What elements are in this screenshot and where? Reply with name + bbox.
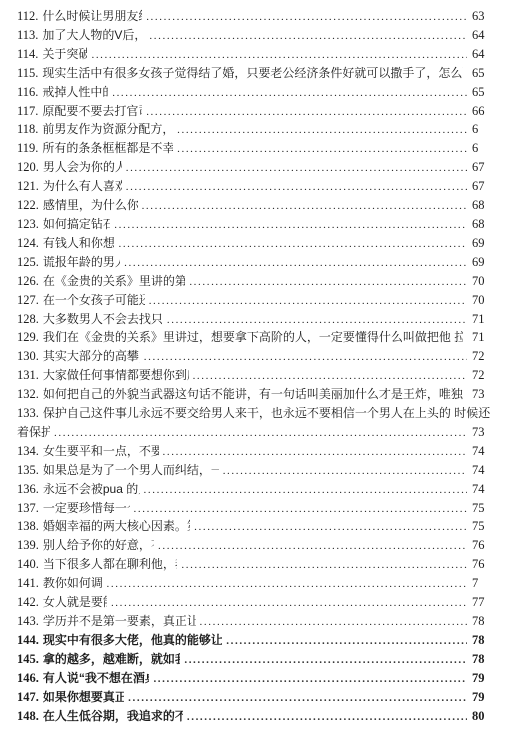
leader-dots xyxy=(144,480,467,499)
leader-dots xyxy=(163,442,467,461)
toc-entry[interactable]: 130.其实大部分的高攀，都是一种假象72 xyxy=(17,347,490,366)
leader-dots xyxy=(194,517,467,536)
toc-entry[interactable]: 127.在一个女孩子可能还年轻貌美的时候70 xyxy=(17,291,490,310)
entry-title: 拿的越多，越难断，就如我们经常提及到的“沉没成本”! xyxy=(43,650,180,669)
entry-number: 141. xyxy=(17,574,39,593)
entry-title: 原配要不要去打官司，把米要回来? xyxy=(42,102,142,121)
leader-dots xyxy=(184,650,467,669)
entry-title: 教你如何调教男人! xyxy=(43,574,103,593)
toc-entry[interactable]: 113.加了大人物的V后，下一步如何链接?64 xyxy=(17,26,490,45)
entry-number: 126. xyxy=(17,272,39,291)
entry-page-number: 78 xyxy=(472,612,490,631)
entry-number: 139. xyxy=(17,536,39,555)
entry-page-number: 68 xyxy=(472,196,490,215)
leader-dots xyxy=(158,536,467,555)
entry-page-number: 76 xyxy=(472,555,490,574)
leader-dots xyxy=(187,707,467,726)
entry-title: 其实大部分的高攀，都是一种假象 xyxy=(43,347,140,366)
entry-page-number: 68 xyxy=(472,215,490,234)
toc-entry[interactable]: 148.在人生低谷期，我追求的不是沉溺，我追求的一定是翻盘80 xyxy=(17,707,490,726)
entry-number: 143. xyxy=(17,612,39,631)
leader-dots xyxy=(112,83,467,102)
toc-entry[interactable]: 123.如何搞定钻石王老五?68 xyxy=(17,215,490,234)
entry-title: 在一个女孩子可能还年轻貌美的时候 xyxy=(43,291,145,310)
entry-page-number: 73 xyxy=(472,385,490,404)
toc-entry[interactable]: 131.大家做任何事情都要想你到底从这件事情里面能带给你什么?72 xyxy=(17,366,490,385)
toc-entry[interactable]: 143.学历并不是第一要素，真正让你去国外能够有巨大收获的是什么?78 xyxy=(17,612,490,631)
entry-page-number: 67 xyxy=(472,177,490,196)
leader-dots xyxy=(223,461,467,480)
toc-entry[interactable]: 145.拿的越多，越难断，就如我们经常提及到的“沉没成本”!78 xyxy=(17,650,490,669)
entry-page-number: 78 xyxy=(472,631,490,650)
leader-dots xyxy=(193,366,467,385)
toc-entry[interactable]: 137.一定要珍惜每一个对你好的人75 xyxy=(17,499,490,518)
toc-entry[interactable]: 144.现实中有很多大佬，他真的能够让你获得什么、给到你什么、一定是本身就很 尊… xyxy=(17,631,490,650)
entry-title: 什么时候让男朋友给你花米最合适? xyxy=(42,7,142,26)
leader-dots xyxy=(142,196,467,215)
toc-entry[interactable]: 124.有钱人和你想的不一样!69 xyxy=(17,234,490,253)
toc-entry[interactable]: 128.大多数男人不会去找只长年龄不长智慧的女人71 xyxy=(17,310,490,329)
entry-page-number: 71 xyxy=(472,328,490,347)
toc-entry[interactable]: 112.什么时候让男朋友给你花米最合适?63 xyxy=(17,7,490,26)
toc-entry[interactable]: 142.女人就是要能屈能伸77 xyxy=(17,593,490,612)
toc-entry[interactable]: 115.现实生活中有很多女孩子觉得结了婚，只要老公经济条件好就可以撒手了，怎么可… xyxy=(17,64,490,83)
entry-number: 138. xyxy=(17,517,39,536)
entry-page-number: 79 xyxy=(472,669,490,688)
entry-number: 119. xyxy=(17,139,38,158)
entry-title: 保护自己这件事儿永远不要交给男人来干，也永远不要相信一个男人在上头的 时候还会想 xyxy=(43,404,490,423)
leader-dots xyxy=(153,669,467,688)
toc-entry[interactable]: 132.如何把自己的外貌当武器这句话不能讲，有一句话叫美丽加什么才是王炸，唯独不… xyxy=(17,385,490,404)
entry-page-number: 65 xyxy=(472,64,490,83)
entry-number: 124. xyxy=(17,234,39,253)
entry-number: 125. xyxy=(17,253,39,272)
entry-number: 133. xyxy=(17,404,39,423)
entry-number: 130. xyxy=(17,347,39,366)
entry-page-number: 75 xyxy=(472,499,490,518)
entry-page-number: 63 xyxy=(472,7,490,26)
leader-dots xyxy=(149,291,467,310)
entry-number: 123. xyxy=(17,215,39,234)
entry-page-number: 71 xyxy=(472,310,490,329)
entry-number: 129. xyxy=(17,328,39,347)
entry-page-number: 69 xyxy=(472,234,490,253)
entry-title: 关于突破圈层 xyxy=(42,45,87,64)
leader-dots xyxy=(107,574,467,593)
entry-title: 有钱人和你想的不一样! xyxy=(43,234,115,253)
entry-title: 现实中有很多大佬，他真的能够让你获得什么、给到你什么、一定是本身就很 尊重你 xyxy=(43,631,222,650)
toc-entry[interactable]: 147.如果你想要真正的向上社交79 xyxy=(17,688,490,707)
leader-dots xyxy=(189,272,467,291)
entry-number: 121. xyxy=(17,177,39,196)
entry-page-number: 76 xyxy=(472,536,490,555)
leader-dots xyxy=(167,310,467,329)
toc-entry[interactable]: 116.戒掉人性中的贪嗔痴!65 xyxy=(17,83,490,102)
entry-number: 118. xyxy=(17,120,38,139)
entry-title: 我们在《金贵的关系》里讲过，想要拿下高阶的人，一定要懂得什么叫做把他 拉下神坛 xyxy=(43,328,463,347)
entry-number: 114. xyxy=(17,45,38,64)
entry-page-number: 78 xyxy=(472,650,490,669)
entry-page-number: 75 xyxy=(472,517,490,536)
leader-dots xyxy=(177,120,467,139)
entry-page-number: 65 xyxy=(472,83,490,102)
entry-number: 116. xyxy=(17,83,38,102)
entry-title: 如何把自己的外貌当武器这句话不能讲，有一句话叫美丽加什么才是王炸，唯独不能单出 xyxy=(43,385,463,404)
leader-dots xyxy=(111,593,467,612)
entry-number: 134. xyxy=(17,442,39,461)
leader-dots xyxy=(126,177,467,196)
entry-title: 男人会为你的人设买单么? xyxy=(43,158,122,177)
toc-entry[interactable]: 114.关于突破圈层64 xyxy=(17,45,490,64)
leader-dots xyxy=(226,631,467,650)
entry-title: 有人说“我不想在酒桌上面变成一盘菜” xyxy=(43,669,150,688)
entry-number: 122. xyxy=(17,196,39,215)
entry-page-number: 69 xyxy=(472,253,490,272)
leader-dots xyxy=(181,555,467,574)
entry-page-number: 70 xyxy=(472,272,490,291)
entry-title: 一定要珍惜每一个对你好的人 xyxy=(43,499,130,518)
leader-dots xyxy=(149,26,467,45)
entry-page-number: 73 xyxy=(472,423,490,442)
toc-entry[interactable]: 122.感情里，为什么你总是把握不住?68 xyxy=(17,196,490,215)
entry-title: 谎报年龄的男人，不能处! xyxy=(43,253,120,272)
toc-entry[interactable]: 119.所有的条条框框都是不幸福的创造的，你们觉得呢?6 xyxy=(17,139,490,158)
entry-number: 145. xyxy=(17,650,39,669)
entry-title: 女人就是要能屈能伸 xyxy=(43,593,107,612)
entry-number: 112. xyxy=(17,7,38,26)
entry-number: 135. xyxy=(17,461,39,480)
entry-number: 136. xyxy=(17,480,39,499)
entry-title: 在人生低谷期，我追求的不是沉溺，我追求的一定是翻盘 xyxy=(43,707,183,726)
entry-number: 144. xyxy=(17,631,39,650)
toc-entry[interactable]: 146.有人说“我不想在酒桌上面变成一盘菜”79 xyxy=(17,669,490,688)
entry-number: 142. xyxy=(17,593,39,612)
entry-title: 大家做任何事情都要想你到底从这件事情里面能带给你什么? xyxy=(43,366,189,385)
toc-entry[interactable]: 129.我们在《金贵的关系》里讲过，想要拿下高阶的人，一定要懂得什么叫做把他 拉… xyxy=(17,328,490,347)
entry-page-number: 70 xyxy=(472,291,490,310)
entry-number: 132. xyxy=(17,385,39,404)
entry-title: 当下很多人都在聊利他，我一直以来的观点是什么呢? xyxy=(43,555,178,574)
entry-number: 115. xyxy=(17,64,38,83)
entry-page-number: 72 xyxy=(472,366,490,385)
toc-entry[interactable]: 125.谎报年龄的男人，不能处!69 xyxy=(17,253,490,272)
toc-entry[interactable]: 140.当下很多人都在聊利他，我一直以来的观点是什么呢?76 xyxy=(17,555,490,574)
entry-page-number: 74 xyxy=(472,461,490,480)
toc-entry[interactable]: 117.原配要不要去打官司，把米要回来?66 xyxy=(17,102,490,121)
entry-number: 147. xyxy=(17,688,39,707)
toc-list: 112.什么时候让男朋友给你花米最合适?63113.加了大人物的V后，下一步如何… xyxy=(17,7,490,725)
leader-dots xyxy=(146,7,467,26)
entry-page-number: 6 xyxy=(472,139,490,158)
entry-number: 113. xyxy=(17,26,38,45)
leader-dots xyxy=(91,45,467,64)
entry-number: 137. xyxy=(17,499,39,518)
toc-entry[interactable]: 133.保护自己这件事儿永远不要交给男人来干，也永远不要相信一个男人在上头的 时… xyxy=(17,404,490,423)
leader-dots xyxy=(200,612,467,631)
entry-page-number: 64 xyxy=(472,45,490,64)
entry-number: 120. xyxy=(17,158,39,177)
leader-dots xyxy=(54,423,467,442)
entry-number: 148. xyxy=(17,707,39,726)
entry-title: 在《金贵的关系》里讲的第一节课就叫“关系的本质是交换” xyxy=(43,272,185,291)
entry-number: 128. xyxy=(17,310,39,329)
toc-entry[interactable]: 139.别人给予你的好意，不要急着去退给人家76 xyxy=(17,536,490,555)
leader-dots xyxy=(118,234,467,253)
entry-title: 永远不会被pua 的人只有一个宗旨 xyxy=(43,480,140,499)
entry-page-number: 6 xyxy=(472,120,490,139)
entry-title: 如何搞定钻石王老五? xyxy=(43,215,110,234)
toc-entry[interactable]: 126.在《金贵的关系》里讲的第一节课就叫“关系的本质是交换”70 xyxy=(17,272,490,291)
entry-title: 女生要平和一点，不要把你的强势写在脸上 xyxy=(43,442,159,461)
leader-dots xyxy=(124,253,467,272)
entry-page-number: 66 xyxy=(472,102,490,121)
toc-page: 112.什么时候让男朋友给你花米最合适?63113.加了大人物的V后，下一步如何… xyxy=(0,0,525,749)
toc-entry[interactable]: 118.前男友作为资源分配方，在感情中为难你，怎么办?6 xyxy=(17,120,490,139)
toc-entry[interactable]: 135.如果总是为了一个男人而纠结，一旦开始这样思维，你就已经是低价值，低自尊了… xyxy=(17,461,490,480)
leader-dots xyxy=(114,215,467,234)
toc-entry[interactable]: 134.女生要平和一点，不要把你的强势写在脸上74 xyxy=(17,442,490,461)
toc-entry[interactable]: 136.永远不会被pua 的人只有一个宗旨74 xyxy=(17,480,490,499)
entry-page-number: 80 xyxy=(472,707,490,726)
toc-entry-continuation[interactable]: 着保护你73 xyxy=(17,423,490,442)
entry-title: 为什么有人喜欢包装自己? xyxy=(43,177,122,196)
toc-entry[interactable]: 121.为什么有人喜欢包装自己?67 xyxy=(17,177,490,196)
leader-dots xyxy=(128,688,467,707)
leader-dots xyxy=(134,499,467,518)
entry-page-number: 77 xyxy=(472,593,490,612)
entry-page-number: 64 xyxy=(472,26,490,45)
entry-title: 学历并不是第一要素，真正让你去国外能够有巨大收获的是什么? xyxy=(43,612,196,631)
entry-number: 146. xyxy=(17,669,39,688)
entry-title: 如果总是为了一个男人而纠结，一旦开始这样思维，你就已经是低价值，低自尊了 xyxy=(43,461,219,480)
entry-page-number: 74 xyxy=(472,442,490,461)
toc-entry[interactable]: 138.婚姻幸福的两大核心因素。第一是财政大权，第二是亲职投入75 xyxy=(17,517,490,536)
entry-title: 着保护你 xyxy=(17,423,50,442)
toc-entry[interactable]: 120.男人会为你的人设买单么?67 xyxy=(17,158,490,177)
entry-number: 117. xyxy=(17,102,38,121)
entry-page-number: 79 xyxy=(472,688,490,707)
entry-title: 感情里，为什么你总是把握不住? xyxy=(43,196,138,215)
entry-title: 戒掉人性中的贪嗔痴! xyxy=(42,83,108,102)
entry-number: 140. xyxy=(17,555,39,574)
entry-title: 前男友作为资源分配方，在感情中为难你，怎么办? xyxy=(42,120,173,139)
entry-number: 127. xyxy=(17,291,39,310)
leader-dots xyxy=(126,158,467,177)
leader-dots xyxy=(146,102,467,121)
entry-page-number: 74 xyxy=(472,480,490,499)
entry-title: 大多数男人不会去找只长年龄不长智慧的女人 xyxy=(43,310,163,329)
leader-dots xyxy=(177,139,467,158)
entry-page-number: 72 xyxy=(472,347,490,366)
entry-title: 所有的条条框框都是不幸福的创造的，你们觉得呢? xyxy=(42,139,173,158)
entry-title: 加了大人物的V后，下一步如何链接? xyxy=(42,26,145,45)
entry-number: 131. xyxy=(17,366,39,385)
entry-page-number: 7 xyxy=(472,574,490,593)
entry-title: 别人给予你的好意，不要急着去退给人家 xyxy=(43,536,154,555)
entry-title: 婚姻幸福的两大核心因素。第一是财政大权，第二是亲职投入 xyxy=(43,517,190,536)
toc-entry[interactable]: 141.教你如何调教男人!7 xyxy=(17,574,490,593)
entry-page-number: 67 xyxy=(472,158,490,177)
entry-title: 如果你想要真正的向上社交 xyxy=(43,688,124,707)
leader-dots xyxy=(144,347,467,366)
entry-title: 现实生活中有很多女孩子觉得结了婚，只要老公经济条件好就可以撒手了，怎么可能? xyxy=(42,64,463,83)
